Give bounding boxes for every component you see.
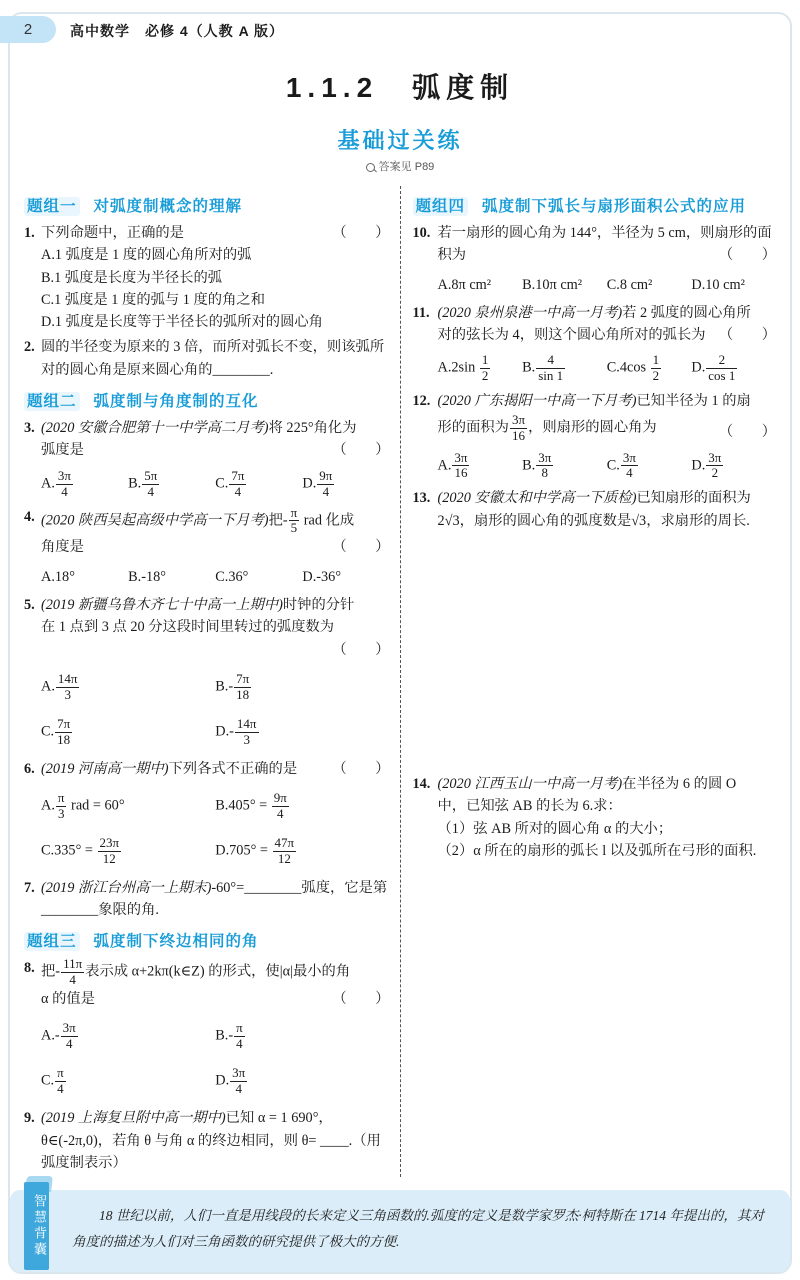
option-d: D.705° = 47π12 [215, 836, 389, 867]
question-number: 8. [24, 957, 35, 979]
fraction-numerator: 7π [55, 717, 72, 733]
fraction-numerator: 1 [480, 353, 491, 369]
stem-line-2: 在 1 点到 3 点 20 分这段时间里转过的弧度数为 [41, 616, 390, 638]
question-number: 14. [413, 773, 431, 795]
stem-text: 若 2 弧度的圆心角所 [622, 305, 751, 321]
question-number: 7. [24, 877, 35, 899]
group-header-4: 题组四弧度制下弧长与扇形面积公式的应用 [413, 194, 777, 216]
fraction-denominator: 4 [56, 485, 73, 500]
option-label: C. [607, 457, 620, 473]
fraction-numerator: 3π [56, 469, 73, 485]
source-text: (2020 安徽合肥第十一中学高二月考) [41, 420, 269, 436]
fraction: 3π8 [536, 451, 553, 482]
fraction: π4 [234, 1021, 245, 1052]
question-stem: (2020 陕西吴起高级中学高一下月考)把-π5 rad 化成 [41, 506, 390, 537]
option-label: D. [691, 360, 705, 376]
group-title: 弧度制下弧长与扇形面积公式的应用 [482, 198, 746, 215]
option-b: B.1 弧度是长度为半径长的弧 [41, 267, 390, 289]
option-label: D. [691, 457, 705, 473]
group-title: 弧度制下终边相同的角 [94, 933, 259, 950]
fraction: 2cos 1 [706, 353, 737, 384]
fraction-denominator: 4 [229, 485, 246, 500]
option-pre: 4cos [620, 360, 650, 376]
question-14: 14. (2020 江西玉山一中高一月考)在半径为 6 的圆 O 中，已知弦 A… [413, 773, 777, 862]
section-title: 1.1.2 弧度制 [24, 66, 776, 106]
fraction: 14π3 [235, 717, 259, 748]
two-column-layout: 题组一对弧度制概念的理解 1. 下列命题中，正确的是 （ ） A.1 弧度是 1… [24, 186, 776, 1177]
stem-text: (2019 河南高一期中)下列各式不正确的是 [41, 758, 297, 780]
option-d: D.-36° [302, 566, 389, 588]
option-post: rad = 60° [67, 798, 124, 814]
bracket-line: （ ） [41, 639, 390, 661]
fraction: 12 [651, 353, 662, 384]
fraction-denominator: 3 [56, 807, 67, 822]
fraction-denominator: 2 [651, 369, 662, 384]
option-b: B.3π8 [522, 451, 607, 482]
option-label: D. [215, 724, 229, 740]
source-text: (2020 陕西吴起高级中学高一下月考) [41, 512, 269, 528]
question-number: 4. [24, 506, 35, 528]
fraction: 3π4 [230, 1066, 247, 1097]
fraction: 3π4 [56, 469, 73, 500]
question-stem: (2020 江西玉山一中高一月考)在半径为 6 的圆 O [438, 773, 777, 795]
option-d: D.1 弧度是长度等于半径长的弧所对的圆心角 [41, 311, 390, 333]
answer-bracket: （ ） [332, 536, 389, 558]
left-column: 题组一对弧度制概念的理解 1. 下列命题中，正确的是 （ ） A.1 弧度是 1… [24, 186, 400, 1177]
stem-text: 在半径为 6 的圆 O [622, 776, 736, 792]
option-label: B. [215, 1028, 228, 1044]
fraction: 9π4 [272, 791, 289, 822]
option-label: A. [438, 360, 452, 376]
sub-question-2: （2）α 所在的扇形的弧长 l 以及弧所在弓形的面积. [438, 840, 777, 862]
option-d: D.2cos 1 [691, 353, 776, 384]
fraction: 47π12 [273, 836, 297, 867]
source-text: (2019 河南高一期中) [41, 761, 168, 777]
fraction: 7π18 [55, 717, 72, 748]
fraction-numerator: 7π [229, 469, 246, 485]
option-a: A.π3 rad = 60° [41, 791, 215, 822]
source-text: (2019 上海复旦附中高一期中) [41, 1110, 226, 1126]
group-label: 题组二 [24, 392, 80, 411]
fraction-numerator: 3π [510, 413, 527, 429]
group-label: 题组三 [24, 932, 80, 951]
question-stem: 把-11π4表示成 α+2kπ(k∈Z) 的形式，使|α|最小的角 [41, 957, 390, 988]
option-b: B.405° = 9π4 [215, 791, 389, 822]
magnifier-icon [366, 163, 375, 172]
fraction-numerator: 14π [235, 717, 259, 733]
fraction-denominator: 5 [289, 521, 300, 536]
option-pre: 2sin [451, 360, 478, 376]
fraction: 7π4 [229, 469, 246, 500]
option-label: D. [215, 843, 229, 859]
question-number: 9. [24, 1107, 35, 1129]
option-a: A.14π3 [41, 672, 215, 703]
stem-text: 积为 [438, 244, 467, 266]
stem-text: rad 化成 [300, 512, 354, 528]
option-label: D. [302, 475, 316, 491]
answer-note: 答案见 P89 [24, 158, 776, 174]
option-b: B.5π4 [128, 469, 215, 500]
stem-line-2: 中，已知弦 AB 的长为 6.求： [438, 795, 777, 817]
stem-text: 弧度是 [41, 439, 84, 461]
option-label: B. [128, 475, 141, 491]
option-sign: - [229, 724, 234, 740]
fraction-numerator: 3π [536, 451, 553, 467]
question-2: 2. 圆的半径变为原来的 3 倍，而所对弧长不变，则该弧所对的圆心角是原来圆心角… [24, 336, 390, 381]
option-label: C. [215, 475, 228, 491]
page-number-badge: 2 [0, 16, 56, 43]
stem-main: 下列各式不正确的是 [168, 761, 297, 777]
stem-text: 角度是 [41, 536, 84, 558]
stem-text: 已知半径为 1 的扇 [636, 393, 750, 409]
option-label: B. [215, 679, 228, 695]
answer-bracket: （ ） [719, 244, 776, 266]
fraction: 3π16 [452, 451, 469, 482]
fraction: 3π2 [706, 451, 723, 482]
group-label: 题组一 [24, 197, 80, 216]
fraction-denominator: 8 [536, 466, 553, 481]
question-9: 9. (2019 上海复旦附中高一期中)已知 α = 1 690°，θ∈(-2π… [24, 1107, 390, 1174]
fraction: 23π12 [98, 836, 122, 867]
wisdom-note-panel: 智慧背囊 18 世纪以前，人们一直是用线段的长来定义三角函数的.弧度的定义是数学… [10, 1190, 790, 1272]
question-3: 3. (2020 安徽合肥第十一中学高二月考)将 225°角化为 弧度是 （ ）… [24, 417, 390, 499]
source-text: (2019 新疆乌鲁木齐七十中高一上期中) [41, 597, 283, 613]
option-a: A.-3π4 [41, 1021, 215, 1052]
fraction-denominator: cos 1 [706, 369, 737, 384]
option-label: A. [41, 679, 55, 695]
option-a: A.1 弧度是 1 度的圆心角所对的弧 [41, 244, 390, 266]
options-row: A.3π16 B.3π8 C.3π4 D.3π2 [438, 451, 777, 482]
question-stem: (2020 泉州泉港一中高一月考)若 2 弧度的圆心角所 [438, 302, 777, 324]
question-4: 4. (2020 陕西吴起高级中学高一下月考)把-π5 rad 化成 角度是 （… [24, 506, 390, 588]
options-grid: A.14π3 B.-7π18 C.7π18 D.-14π3 [41, 665, 390, 755]
stem-text: 下列命题中，正确的是 [41, 222, 184, 244]
question-11: 11. (2020 泉州泉港一中高一月考)若 2 弧度的圆心角所 对的弦长为 4… [413, 302, 777, 384]
fraction: π5 [289, 506, 300, 537]
question-12: 12. (2020 广东揭阳一中高一下月考)已知半径为 1 的扇 形的面积为3π… [413, 390, 777, 481]
source-text: (2020 江西玉山一中高一月考) [438, 776, 623, 792]
fraction: 5π4 [142, 469, 159, 500]
stem-text: 把- [269, 512, 288, 528]
fraction-denominator: 4 [621, 466, 638, 481]
source-text: (2019 浙江台州高一上期末) [41, 880, 211, 896]
fraction-denominator: 4 [142, 485, 159, 500]
practice-banner: 基础过关练 [24, 124, 776, 155]
stem-line-2: 积为 （ ） [438, 244, 777, 266]
question-number: 10. [413, 222, 431, 244]
options-grid: A.π3 rad = 60° B.405° = 9π4 C.335° = 23π… [41, 784, 390, 874]
option-c: C.7π4 [215, 469, 302, 500]
sub-question-1: （1）弦 AB 所对的圆心角 α 的大小； [438, 818, 777, 840]
group-title: 弧度制与角度制的互化 [94, 393, 259, 410]
group-title: 对弧度制概念的理解 [94, 198, 243, 215]
page-content: 1.1.2 弧度制 基础过关练 答案见 P89 题组一对弧度制概念的理解 1. … [24, 58, 776, 1177]
answer-bracket: （ ） [332, 439, 389, 461]
stem-pre: 形的面积为 [438, 419, 509, 435]
fraction-numerator: 7π [234, 672, 251, 688]
wisdom-note-text: 18 世纪以前，人们一直是用线段的长来定义三角函数的.弧度的定义是数学家罗杰·柯… [72, 1203, 766, 1256]
question-1: 1. 下列命题中，正确的是 （ ） A.1 弧度是 1 度的圆心角所对的弧 B.… [24, 222, 390, 333]
question-stem: 下列命题中，正确的是 （ ） [41, 222, 390, 244]
option-label: A. [41, 798, 55, 814]
option-d: D.3π2 [691, 451, 776, 482]
fraction-denominator: 4 [234, 1037, 245, 1052]
option-b: B.-18° [128, 566, 215, 588]
fraction-numerator: π [56, 791, 67, 807]
question-number: 13. [413, 487, 431, 509]
fraction-denominator: 2 [480, 369, 491, 384]
fraction-denominator: 16 [452, 466, 469, 481]
options-row: A.8π cm² B.10π cm² C.8 cm² D.10 cm² [438, 274, 777, 296]
wisdom-note-tab: 智慧背囊 [24, 1182, 49, 1270]
fraction-numerator: 5π [142, 469, 159, 485]
fraction: 11π4 [61, 957, 84, 988]
right-column: 题组四弧度制下弧长与扇形面积公式的应用 10. 若一扇形的圆心角为 144°，半… [401, 186, 777, 1177]
stem-text: α 的值是 [41, 988, 95, 1010]
question-number: 2. [24, 336, 35, 358]
option-d: D.3π4 [215, 1066, 389, 1097]
fraction-numerator: 47π [273, 836, 297, 852]
option-c: C.7π18 [41, 717, 215, 748]
answer-bracket: （ ） [719, 324, 776, 346]
option-label: C. [607, 360, 620, 376]
option-c: C.335° = 23π12 [41, 836, 215, 867]
group-header-1: 题组一对弧度制概念的理解 [24, 194, 390, 216]
option-c: C.36° [215, 566, 302, 588]
option-a: A.2sin 12 [438, 353, 523, 384]
option-sign: - [228, 679, 233, 695]
fraction-denominator: 12 [98, 852, 122, 867]
option-pre: 405° = [228, 798, 270, 814]
question-number: 11. [413, 302, 430, 324]
option-d: D.9π4 [302, 469, 389, 500]
stem-text: 圆的半径变为原来的 3 倍，而所对弧长不变，则该弧所对的圆心角是原来圆心角的__… [41, 339, 384, 377]
options-grid: A.-3π4 B.-π4 C.π4 D.3π4 [41, 1014, 390, 1104]
question-number: 6. [24, 758, 35, 780]
fraction: 7π18 [234, 672, 251, 703]
source-text: (2020 安徽太和中学高一下质检) [438, 490, 637, 506]
option-b: B.4sin 1 [522, 353, 607, 384]
option-a: A.18° [41, 566, 128, 588]
stem-line-2: 对的弦长为 4，则这个圆心角所对的弧长为 （ ） [438, 324, 777, 346]
fraction-denominator: 3 [235, 733, 259, 748]
question-number: 3. [24, 417, 35, 439]
stem-post: ，则扇形的圆心角为 [528, 419, 657, 435]
fraction: 9π4 [317, 469, 334, 500]
option-b: B.-π4 [215, 1021, 389, 1052]
fraction-denominator: 4 [61, 973, 84, 988]
group-header-2: 题组二弧度制与角度制的互化 [24, 389, 390, 411]
source-text: (2020 广东揭阳一中高一下月考) [438, 393, 637, 409]
group-label: 题组四 [413, 197, 469, 216]
fraction-numerator: π [289, 506, 300, 522]
question-number: 12. [413, 390, 431, 412]
fraction: 3π16 [510, 413, 527, 444]
stem-line-2: 弧度是 （ ） [41, 439, 390, 461]
option-a: A.8π cm² [438, 274, 523, 296]
option-label: B. [215, 798, 228, 814]
answer-bracket: （ ） [332, 988, 389, 1010]
fraction: π3 [56, 791, 67, 822]
question-stem: (2020 广东揭阳一中高一下月考)已知半径为 1 的扇 [438, 390, 777, 412]
options-row: A.2sin 12 B.4sin 1 C.4cos 12 D.2cos 1 [438, 353, 777, 384]
option-label: C. [41, 843, 54, 859]
question-stem: (2020 安徽太和中学高一下质检)已知扇形的面积为 [438, 487, 777, 509]
options-row: A.3π4 B.5π4 C.7π4 D.9π4 [41, 469, 390, 500]
stem-text: 将 225°角化为 [269, 420, 357, 436]
option-c: C.3π4 [607, 451, 692, 482]
answer-note-text: 答案见 P89 [379, 161, 435, 173]
fraction-numerator: 3π [452, 451, 469, 467]
option-label: C. [41, 1073, 54, 1089]
fraction-numerator: 23π [98, 836, 122, 852]
option-c: C.8 cm² [607, 274, 692, 296]
fraction: 14π3 [56, 672, 80, 703]
group-header-3: 题组三弧度制下终边相同的角 [24, 929, 390, 951]
fraction-numerator: 1 [651, 353, 662, 369]
option-label: A. [438, 457, 452, 473]
option-c: C.π4 [41, 1066, 215, 1097]
options-row: A.18° B.-18° C.36° D.-36° [41, 566, 390, 588]
fraction-numerator: 9π [317, 469, 334, 485]
source-text: (2020 泉州泉港一中高一月考) [438, 305, 623, 321]
stem-text: 形的面积为3π16，则扇形的圆心角为 [438, 413, 657, 444]
option-label: D. [215, 1073, 229, 1089]
stem-line-2: 形的面积为3π16，则扇形的圆心角为 （ ） [438, 413, 777, 444]
option-pre: 705° = [229, 843, 271, 859]
fraction: 12 [480, 353, 491, 384]
option-label: B. [522, 457, 535, 473]
fraction-denominator: 4 [230, 1082, 247, 1097]
option-b: B.10π cm² [522, 274, 607, 296]
option-sign: - [55, 1028, 60, 1044]
stem-text: 表示成 α+2kπ(k∈Z) 的形式，使|α|最小的角 [85, 964, 350, 980]
option-c: C.4cos 12 [607, 353, 692, 384]
question-6: 6. (2019 河南高一期中)下列各式不正确的是 （ ） A.π3 rad =… [24, 758, 390, 874]
option-label: C. [41, 724, 54, 740]
fraction-numerator: 11π [61, 957, 84, 973]
work-space [413, 535, 777, 773]
fraction-numerator: π [234, 1021, 245, 1037]
question-stem: 若一扇形的圆心角为 144°，半径为 5 cm，则扇形的面 [438, 222, 777, 244]
stem-text: 把- [41, 964, 60, 980]
fraction-numerator: 3π [61, 1021, 78, 1037]
fraction-numerator: 9π [272, 791, 289, 807]
stem-text: 对的弦长为 4，则这个圆心角所对的弧长为 [438, 324, 706, 346]
fraction-denominator: 4 [61, 1037, 78, 1052]
stem-text: 时钟的分针 [283, 597, 354, 613]
stem-text: 已知扇形的面积为 [636, 490, 750, 506]
question-number: 5. [24, 594, 35, 616]
option-pre: 335° = [54, 843, 96, 859]
fraction-denominator: 3 [56, 688, 80, 703]
option-label: A. [41, 475, 55, 491]
fraction-denominator: sin 1 [536, 369, 565, 384]
fraction: 3π4 [621, 451, 638, 482]
fraction-denominator: 4 [317, 485, 334, 500]
option-label: B. [522, 360, 535, 376]
answer-bracket: （ ） [332, 642, 389, 658]
answer-bracket: （ ） [332, 222, 389, 244]
option-d: D.10 cm² [691, 274, 776, 296]
question-13: 13. (2020 安徽太和中学高一下质检)已知扇形的面积为 2√3，扇形的圆心… [413, 487, 777, 532]
option-b: B.-7π18 [215, 672, 389, 703]
option-sign: - [228, 1028, 233, 1044]
fraction-denominator: 4 [272, 807, 289, 822]
option-label: A. [41, 1028, 55, 1044]
fraction-numerator: 3π [706, 451, 723, 467]
fraction-denominator: 16 [510, 429, 527, 444]
fraction: 3π4 [61, 1021, 78, 1052]
option-a: A.3π16 [438, 451, 523, 482]
fraction-denominator: 18 [234, 688, 251, 703]
fraction-numerator: π [55, 1066, 66, 1082]
fraction: π4 [55, 1066, 66, 1097]
answer-bracket: （ ） [332, 758, 389, 780]
fraction-numerator: 2 [706, 353, 737, 369]
question-5: 5. (2019 新疆乌鲁木齐七十中高一上期中)时钟的分针 在 1 点到 3 点… [24, 594, 390, 755]
stem-line-2: 角度是 （ ） [41, 536, 390, 558]
question-stem: (2020 安徽合肥第十一中学高二月考)将 225°角化为 [41, 417, 390, 439]
fraction-numerator: 3π [621, 451, 638, 467]
stem-line-2: 2√3，扇形的圆心角的弧度数是√3，求扇形的周长. [438, 510, 777, 532]
fraction-numerator: 14π [56, 672, 80, 688]
fraction-numerator: 3π [230, 1066, 247, 1082]
book-title: 高中数学 必修 4（人教 A 版） [70, 21, 284, 41]
fraction-denominator: 12 [273, 852, 297, 867]
fraction-denominator: 2 [706, 466, 723, 481]
fraction-numerator: 4 [536, 353, 565, 369]
question-stem: (2019 新疆乌鲁木齐七十中高一上期中)时钟的分针 [41, 594, 390, 616]
question-8: 8. 把-11π4表示成 α+2kπ(k∈Z) 的形式，使|α|最小的角 α 的… [24, 957, 390, 1104]
option-d: D.-14π3 [215, 717, 389, 748]
question-7: 7. (2019 浙江台州高一上期末)-60°=________弧度，它是第__… [24, 877, 390, 922]
question-stem: (2019 河南高一期中)下列各式不正确的是 （ ） [41, 758, 390, 780]
option-c: C.1 弧度是 1 度的弧与 1 度的角之和 [41, 289, 390, 311]
fraction-denominator: 4 [55, 1082, 66, 1097]
question-10: 10. 若一扇形的圆心角为 144°，半径为 5 cm，则扇形的面 积为 （ ）… [413, 222, 777, 296]
fraction-denominator: 18 [55, 733, 72, 748]
question-number: 1. [24, 222, 35, 244]
stem-line-2: α 的值是 （ ） [41, 988, 390, 1010]
option-a: A.3π4 [41, 469, 128, 500]
answer-bracket: （ ） [719, 421, 776, 443]
fraction: 4sin 1 [536, 353, 565, 384]
